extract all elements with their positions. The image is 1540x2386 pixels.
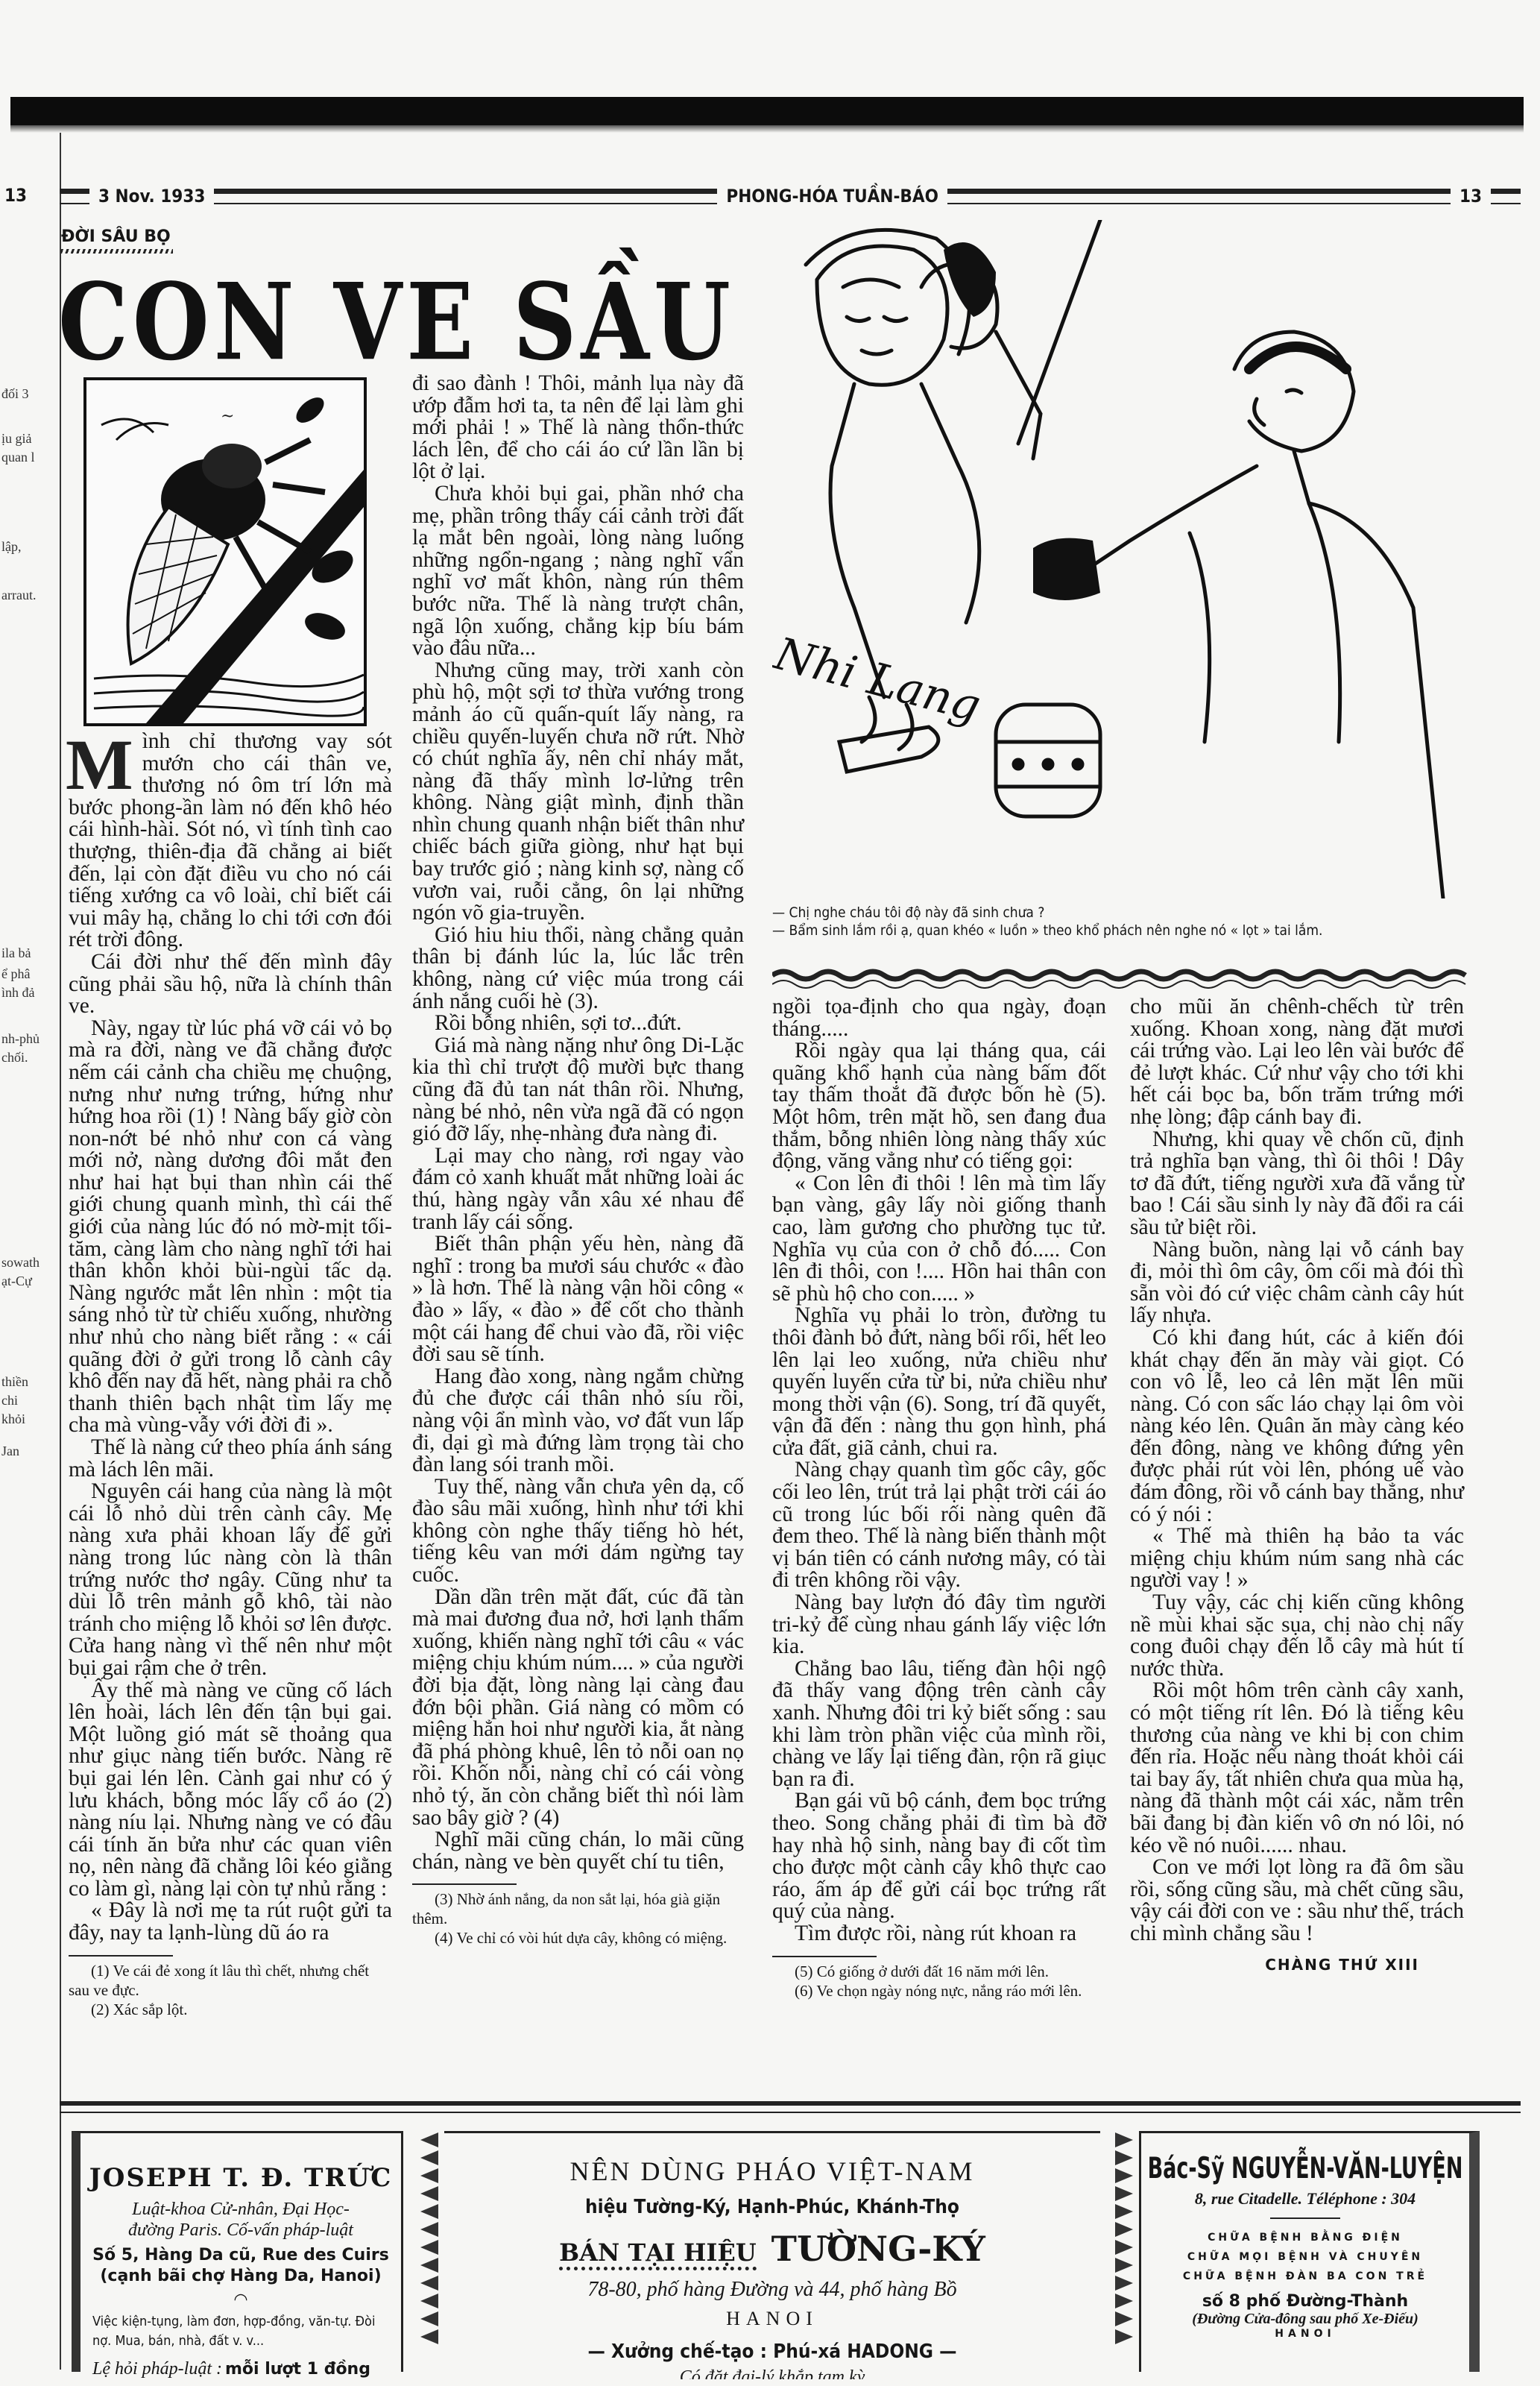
paragraph: Chẳng bao lâu, tiếng đàn hội ngộ đã thấy… xyxy=(772,1658,1106,1791)
triangle-border-icon xyxy=(417,2132,440,2371)
previous-page-edge: đối 3 ịu giả quan l lập, arraut. ila bả … xyxy=(0,133,61,2370)
paragraph: Cái đời như thế đến mình đây cũng phải s… xyxy=(69,951,392,1018)
paragraph: Chưa khỏi bụi gai, phần nhớ cha mẹ, phần… xyxy=(412,483,744,660)
paragraph: Dần dần trên mặt đất, cúc đã tàn mà mai … xyxy=(412,1587,744,1830)
article-column-4: cho mũi ăn chênh-chếch từ trên xuống. Kh… xyxy=(1130,996,1464,1976)
paragraph: Rồi một hôm trên cành cây xanh, có một t… xyxy=(1130,1680,1464,1857)
firecracker-advertisement: NÊN DÙNG PHÁO VIỆT-NAM hiệu Tường-Ký, Hạ… xyxy=(444,2131,1100,2372)
doctor-name: Bác-Sỹ NGUYỄN-VĂN-LUYỆN xyxy=(1141,2152,1469,2186)
header-rule xyxy=(60,189,89,204)
paragraph: Tuy thế, nàng vẫn chưa yên dạ, cố đào sâ… xyxy=(412,1476,744,1587)
paragraph: Nhưng, khi quay về chốn cũ, định trả ngh… xyxy=(1130,1129,1464,1239)
factory-location: — Xưởng chế-tạo : Phú-xá HADONG — xyxy=(444,2341,1100,2363)
footnote-rule xyxy=(772,1956,877,1957)
prev-page-fragment: thiền xyxy=(1,1374,28,1390)
paragraph: cho mũi ăn chênh-chếch từ trên xuống. Kh… xyxy=(1130,996,1464,1129)
separator xyxy=(1270,2217,1340,2219)
paragraph: Có khi đang hút, các ả kiến đói khát chạ… xyxy=(1130,1327,1464,1526)
lawyer-credentials: Luật-khoa Cử-nhân, Đại Học-đường Paris. … xyxy=(81,2199,401,2241)
header-rule xyxy=(1491,189,1521,204)
publication-name: PHONG-HÓA TUẦN-BÁO xyxy=(726,186,938,207)
lawyer-name: JOSEPH T. Đ. TRỨC xyxy=(81,2163,401,2193)
paragraph: Ấy thế mà nàng ve cũng cố lách lên hoài,… xyxy=(69,1680,392,1901)
agents-note: Có đặt đại-lý khắp tam kỳ xyxy=(444,2367,1100,2379)
prev-page-fragment: chối. xyxy=(1,1050,28,1065)
clinic-street-note: (Đường Cửa-đông sau phố Xe-Điếu) xyxy=(1141,2311,1469,2328)
paragraph: Nhưng cũng may, trời xanh còn phù hộ, mộ… xyxy=(412,660,744,925)
lawyer-advertisement: JOSEPH T. Đ. TRỨC Luật-khoa Cử-nhân, Đại… xyxy=(72,2131,403,2372)
prev-page-fragment: quan l xyxy=(1,450,35,465)
paragraph: Thế là nàng cứ theo phía ánh sáng mà lác… xyxy=(69,1437,392,1481)
cartoon-illustration: Nhi Lang xyxy=(772,220,1488,898)
paragraph: Nguyên cái hang của nàng là một cái lỗ n… xyxy=(69,1481,392,1679)
svg-text:~: ~ xyxy=(221,407,234,426)
article-column-1: Mình chỉ thương vay sót mướn cho cái thâ… xyxy=(69,731,392,2019)
paragraph: Nàng chạy quanh tìm gốc cây, gốc cối leo… xyxy=(772,1459,1106,1592)
paragraph: « Thế mà thiên hạ bảo ta vác miệng chịu … xyxy=(1130,1526,1464,1592)
doctor-advertisement: Bác-Sỹ NGUYỄN-VĂN-LUYỆN 8, rue Citadelle… xyxy=(1139,2131,1480,2372)
wavy-divider xyxy=(772,966,1473,989)
prev-page-fragment: ình đả xyxy=(1,985,35,1001)
paragraph: Biết thân phận yếu hèn, nàng đã nghĩ : t… xyxy=(412,1233,744,1366)
header-rule xyxy=(214,189,717,204)
paragraph: Lại may cho nàng, rơi ngay vào đám cỏ xa… xyxy=(412,1145,744,1233)
shop-address: 78-80, phố hàng Đường và 44, phố hàng Bồ xyxy=(444,2278,1100,2302)
article-column-2: đi sao đành ! Thôi, mảnh lụa này đã ướp … xyxy=(412,373,744,1948)
footnote-rule xyxy=(69,1955,173,1957)
paragraph: Nàng buồn, nàng lại vỗ cánh bay đi, mỏi … xyxy=(1130,1239,1464,1327)
prev-page-fragment: lập, xyxy=(1,539,22,555)
paragraph: Bạn gái vũ bộ cánh, đem bọc trứng theo. … xyxy=(772,1790,1106,1923)
paragraph: « Con lên đi thôi ! lên mà tìm lấy bạn v… xyxy=(772,1173,1106,1306)
fee-label: Lệ hỏi pháp-luật : xyxy=(92,2359,222,2379)
lawyer-address: Số 5, Hàng Da cũ, Rue des Cuirs xyxy=(81,2245,401,2266)
footnote: (3) Nhờ ánh nắng, da non sắt lại, hóa gi… xyxy=(412,1889,744,1928)
article-column-3: ngồi tọa-định cho qua ngày, đoạn tháng..… xyxy=(772,996,1106,2001)
prev-page-fragment: arraut. xyxy=(1,588,36,603)
paragraph: Gió hiu hiu thổi, nàng chẳng quản thân b… xyxy=(412,925,744,1013)
prev-page-fragment: sowath xyxy=(1,1255,40,1271)
paragraph: Tìm được rồi, nàng rút khoan ra xyxy=(772,1923,1106,1945)
shop-name: TƯỜNG-KÝ xyxy=(771,2229,985,2269)
cicada-woodcut-illustration: ~ xyxy=(83,377,367,726)
doctor-service: CHỮA MỌI BỆNH VÀ CHUYÊN xyxy=(1141,2247,1469,2267)
caption-line: — Chị nghe cháu tôi độ này đã sinh chưa … xyxy=(772,904,1473,922)
paragraph: đi sao đành ! Thôi, mảnh lụa này đã ướp … xyxy=(412,373,744,483)
cicada-icon: ~ xyxy=(86,380,364,723)
caption-line: — Bẩm sinh lắm rồi ạ, quan khéo « luồn »… xyxy=(772,922,1473,939)
paragraph: Rồi bỗng nhiên, sợi tơ...đứt. xyxy=(412,1013,744,1035)
doctor-service: CHỮA BỆNH ĐÀN BA CON TRẺ xyxy=(1141,2267,1469,2286)
author-signature: CHÀNG THỨ XIII xyxy=(1130,1954,1464,1977)
ornament-icon: ◠ xyxy=(81,2290,401,2309)
firecracker-headline: NÊN DÙNG PHÁO VIỆT-NAM xyxy=(444,2156,1100,2187)
paragraph: Tuy vậy, các chị kiến cũng không nề mùi … xyxy=(1130,1592,1464,1680)
triangle-border-icon xyxy=(1114,2132,1136,2371)
footnote: (6) Ve chọn ngày nóng nực, nắng ráo mới … xyxy=(772,1981,1106,2001)
clinic-street: số 8 phố Đường-Thành xyxy=(1141,2292,1469,2311)
scan-border-shadow xyxy=(10,125,1524,133)
prev-page-fragment: đối 3 xyxy=(1,386,29,402)
section-underline xyxy=(61,249,173,254)
cartoon-figures-icon: Nhi Lang xyxy=(772,220,1488,898)
drop-cap: M xyxy=(66,734,133,796)
paragraph: Nghĩ mãi cũng chán, lo mãi cũng chán, nà… xyxy=(412,1829,744,1873)
paragraph: Nàng bay lượn đó đây tìm người tri-kỷ để… xyxy=(772,1592,1106,1658)
paragraph: ngồi tọa-định cho qua ngày, đoạn tháng..… xyxy=(772,996,1106,1040)
paragraph: Rồi ngày qua lại tháng qua, cái quãng kh… xyxy=(772,1040,1106,1173)
sold-at-label: BÁN TẠI HIỆU xyxy=(559,2238,757,2270)
clinic-city: HANOI xyxy=(1141,2328,1469,2340)
prev-page-fragment: khỏi xyxy=(1,1411,25,1427)
doctor-address: 8, rue Citadelle. Téléphone : 304 xyxy=(1141,2189,1469,2209)
running-header: 13 3 Nov. 1933 PHONG-HÓA TUẦN-BÁO 13 xyxy=(60,185,1521,207)
artist-signature: Nhi Lang xyxy=(772,627,986,732)
previous-page-number: 13 xyxy=(4,185,27,206)
paragraph: « Đây là nơi mẹ ta rút ruột gửi ta đây, … xyxy=(69,1900,392,1944)
paragraph: Con ve mới lọt lòng ra đã ôm sầu rồi, số… xyxy=(1130,1857,1464,1945)
lawyer-address-note: (cạnh bãi chợ Hàng Da, Hanoi) xyxy=(81,2266,401,2287)
prev-page-fragment: ila bả xyxy=(1,945,31,961)
paragraph: Hang đào xong, nàng ngắm chừng đủ che đư… xyxy=(412,1366,744,1476)
paragraph: Mình chỉ thương vay sót mướn cho cái thâ… xyxy=(69,731,392,951)
prev-page-fragment: ịu giả xyxy=(1,431,32,447)
prev-page-fragment: chi xyxy=(1,1393,18,1408)
lawyer-services: Việc kiện-tụng, làm đơn, hợp-đồng, văn-t… xyxy=(81,2312,401,2351)
paragraph: Này, ngay từ lúc phá vỡ cái vỏ bọ mà ra … xyxy=(69,1018,392,1437)
page-number: 13 xyxy=(1459,186,1482,207)
doctor-service: CHỮA BỆNH BẰNG ĐIỆN xyxy=(1141,2228,1469,2247)
cartoon-caption: — Chị nghe cháu tôi độ này đã sinh chưa … xyxy=(772,904,1473,939)
prev-page-fragment: ạt-Cự xyxy=(1,1274,32,1289)
prev-page-fragment: nh-phủ xyxy=(1,1031,40,1047)
footnote-rule xyxy=(412,1883,517,1885)
firecracker-brands: hiệu Tường-Ký, Hạnh-Phúc, Khánh-Thọ xyxy=(444,2196,1100,2218)
issue-date: 3 Nov. 1933 xyxy=(98,186,205,207)
paragraph: Giá mà nàng nặng như ông Di-Lặc kia thì … xyxy=(412,1035,744,1145)
article-title: CON VE SẦU xyxy=(58,259,735,384)
section-label: ĐỜI SÂU BỌ xyxy=(61,227,171,246)
advertisement-rule xyxy=(60,2101,1521,2113)
scan-border-bar xyxy=(10,97,1524,125)
footnote: (1) Ve cái đẻ xong ít lâu thì chết, nhưn… xyxy=(69,1961,392,2000)
footnote: (2) Xác sắp lột. xyxy=(69,2000,392,2019)
prev-page-fragment: ể phâ xyxy=(1,966,30,982)
shop-city: HANOI xyxy=(444,2308,1100,2330)
footnote: (5) Có giống ở dưới đất 16 năm mới lên. xyxy=(772,1962,1106,1981)
footnote: (4) Ve chỉ có vòi hút dựa cây, không có … xyxy=(412,1928,744,1948)
prev-page-fragment: Jan xyxy=(1,1444,19,1459)
header-rule xyxy=(947,189,1451,204)
fee-value: mỗi lượt 1 đồng xyxy=(225,2360,370,2379)
paragraph: Nghĩa vụ phải lo tròn, đường tu thôi đàn… xyxy=(772,1305,1106,1459)
